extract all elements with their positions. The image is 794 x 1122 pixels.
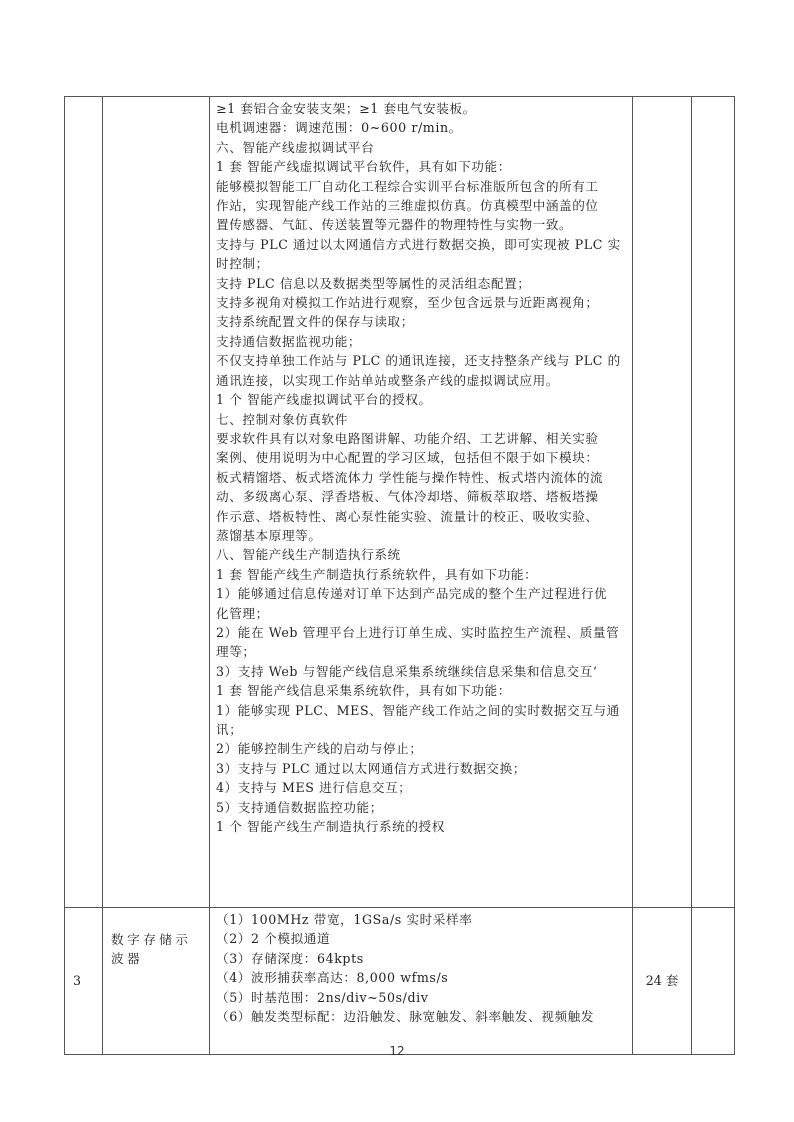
table-row: ≥1 套铝合金安装支架；≥1 套电气安装板。电机调速器：调速范围：0~600 r… <box>65 97 735 908</box>
spec-cell: （1）100MHz 带宽，1GSa/s 实时采样率（2）2 个模拟通道（3）存储… <box>210 908 633 1055</box>
spec-line: 支持系统配置文件的保存与读取； <box>216 312 628 331</box>
spec-line: 作示意、塔板特性、离心泵性能实验、流量计的校正、吸收实验、 <box>216 507 628 526</box>
item-name-cell: 数字存储示波器 <box>103 908 210 1055</box>
spec-line: （2）2 个模拟通道 <box>216 929 628 948</box>
spec-line: 1 套 智能产线虚拟调试平台软件，具有如下功能： <box>216 157 628 176</box>
spec-line: 1 个 智能产线虚拟调试平台的授权。 <box>216 390 628 409</box>
spec-line: 1）能够实现 PLC、MES、智能产线工作站之间的实时数据交互与通 <box>216 701 628 720</box>
spec-line: 1）能够通过信息传递对订单下达到产品完成的整个生产过程进行优 <box>216 584 628 603</box>
spec-line: 讯； <box>216 720 628 739</box>
spec-line: 八、智能产线生产制造执行系统 <box>216 545 628 564</box>
remark-cell <box>692 908 735 1055</box>
spec-line: 能够模拟智能工厂自动化工程综合实训平台标准版所包含的所有工 <box>216 177 628 196</box>
spec-line: 通讯连接，以实现工作站单站或整条产线的虚拟调试应用。 <box>216 371 628 390</box>
spec-line: 不仅支持单独工作站与 PLC 的通讯连接，还支持整条产线与 PLC 的 <box>216 351 628 370</box>
spec-line: 支持多视角对模拟工作站进行观察，至少包含远景与近距离视角； <box>216 293 628 312</box>
spec-line: 2）能够控制生产线的启动与停止； <box>216 739 628 758</box>
spec-line: ≥1 套铝合金安装支架；≥1 套电气安装板。 <box>216 99 628 118</box>
seq-cell: 3 <box>65 908 103 1055</box>
spec-line: 时控制； <box>216 254 628 273</box>
table-row: 3 数字存储示波器 （1）100MHz 带宽，1GSa/s 实时采样率（2）2 … <box>65 908 735 1055</box>
spec-line: 1 套 智能产线信息采集系统软件，具有如下功能： <box>216 681 628 700</box>
spec-line: 蒸馏基本原理等。 <box>216 526 628 545</box>
seq-cell <box>65 97 103 908</box>
spec-line: 电机调速器：调速范围：0~600 r/min。 <box>216 118 628 137</box>
spec-line: 案例、使用说明为中心配置的学习区域，包括但不限于如下模块： <box>216 448 628 467</box>
spec-line: 2）能在 Web 管理平台上进行订单生成、实时监控生产流程、质量管 <box>216 623 628 642</box>
spec-line: 1 个 智能产线生产制造执行系统的授权 <box>216 817 628 836</box>
spec-line: 作站，实现智能产线工作站的三维虚拟仿真。仿真模型中涵盖的位 <box>216 196 628 215</box>
spec-line: （4）波形捕获率高达：8,000 wfms/s <box>216 968 628 987</box>
spec-table: ≥1 套铝合金安装支架；≥1 套电气安装板。电机调速器：调速范围：0~600 r… <box>64 96 735 1055</box>
spec-line: 3）支持与 PLC 通过以太网通信方式进行数据交换； <box>216 759 628 778</box>
spec-line: 支持通信数据监视功能； <box>216 332 628 351</box>
spec-line: 3）支持 Web 与智能产线信息采集系统继续信息采集和信息交互‘ <box>216 662 628 681</box>
spec-line: 4）支持与 MES 进行信息交互； <box>216 778 628 797</box>
spec-line: 七、控制对象仿真软件 <box>216 410 628 429</box>
spec-line: 六、智能产线虚拟调试平台 <box>216 138 628 157</box>
spec-line: 支持 PLC 信息以及数据类型等属性的灵活组态配置； <box>216 274 628 293</box>
quantity-cell: 24 套 <box>633 908 692 1055</box>
spec-line: 理等； <box>216 642 628 661</box>
spec-line: （5）时基范围：2ns/div~50s/div <box>216 988 628 1007</box>
quantity-cell <box>633 97 692 908</box>
item-name-cell <box>103 97 210 908</box>
spec-line: 置传感器、气缸、传送装置等元器件的物理特性与实物一致。 <box>216 215 628 234</box>
remark-cell <box>692 97 735 908</box>
spec-line: 要求软件具有以对象电路图讲解、功能介绍、工艺讲解、相关实验 <box>216 429 628 448</box>
spec-line: 1 套 智能产线生产制造执行系统软件，具有如下功能： <box>216 565 628 584</box>
spec-line: 板式精馏塔、板式塔流体力 学性能与操作特性、板式塔内流体的流 <box>216 468 628 487</box>
spec-line: （1）100MHz 带宽，1GSa/s 实时采样率 <box>216 910 628 929</box>
page-number: 12 <box>0 1044 794 1058</box>
spec-line: （6）触发类型标配：边沿触发、脉宽触发、斜率触发、视频触发 <box>216 1007 628 1026</box>
spec-cell: ≥1 套铝合金安装支架；≥1 套电气安装板。电机调速器：调速范围：0~600 r… <box>210 97 633 908</box>
spec-line: 5）支持通信数据监控功能； <box>216 798 628 817</box>
spec-line: 动、多级离心泵、浮香塔板、气体冷却塔、筛板萃取塔、塔板塔操 <box>216 487 628 506</box>
spec-line: 支持与 PLC 通过以太网通信方式进行数据交换，即可实现被 PLC 实 <box>216 235 628 254</box>
spec-line: （3）存储深度：64kpts <box>216 949 628 968</box>
spec-line: 化管理； <box>216 604 628 623</box>
